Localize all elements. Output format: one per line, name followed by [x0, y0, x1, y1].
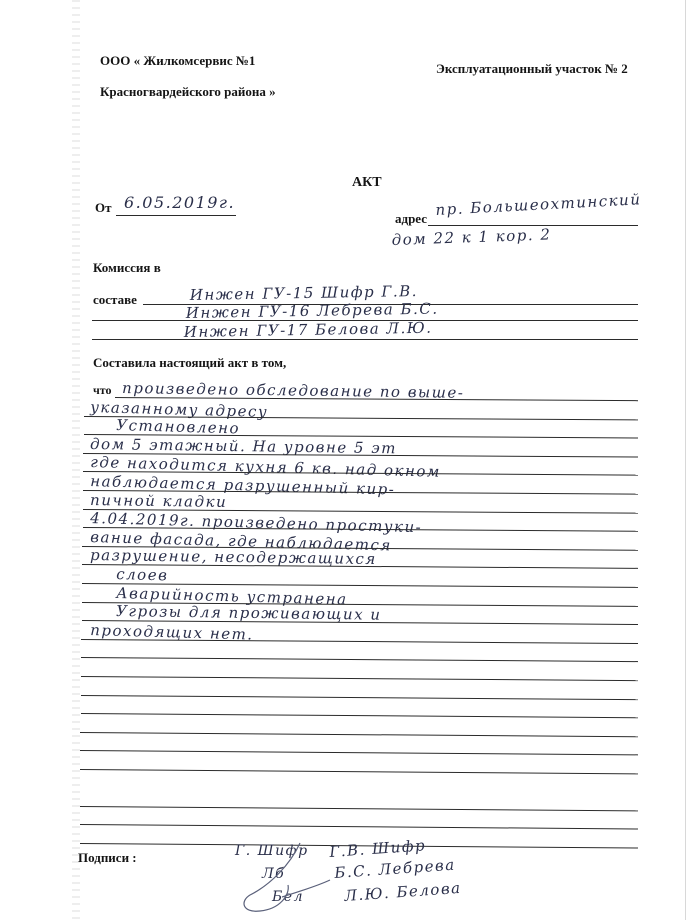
signatures-label: Подписи :: [78, 850, 137, 866]
commission-rule: [92, 339, 638, 340]
section-name: Эксплуатационный участок № 2: [436, 61, 628, 77]
statement-label: Составила настоящий акт в том,: [93, 355, 286, 371]
composition-label: составе: [93, 292, 137, 308]
signature-scribble-icon: [230, 835, 350, 920]
org-name-line2: Красногвардейского района »: [100, 84, 276, 100]
statement-line: слоев: [116, 565, 169, 584]
document-page: ООО « Жилкомсервис №1 Красногвардейского…: [0, 0, 700, 920]
statement-line: пичной кладки: [90, 491, 227, 511]
commission-label: Комиссия в: [93, 260, 161, 276]
document-title: АКТ: [352, 175, 382, 191]
org-name-line1: ООО « Жилкомсервис №1: [100, 53, 255, 69]
date-value: 6.05.2019г.: [124, 193, 235, 212]
address-label: адрес: [395, 211, 427, 227]
date-label: От: [95, 200, 112, 216]
that-label: что: [93, 383, 112, 398]
date-underline: [116, 215, 236, 216]
scan-margin-noise: [72, 0, 80, 920]
